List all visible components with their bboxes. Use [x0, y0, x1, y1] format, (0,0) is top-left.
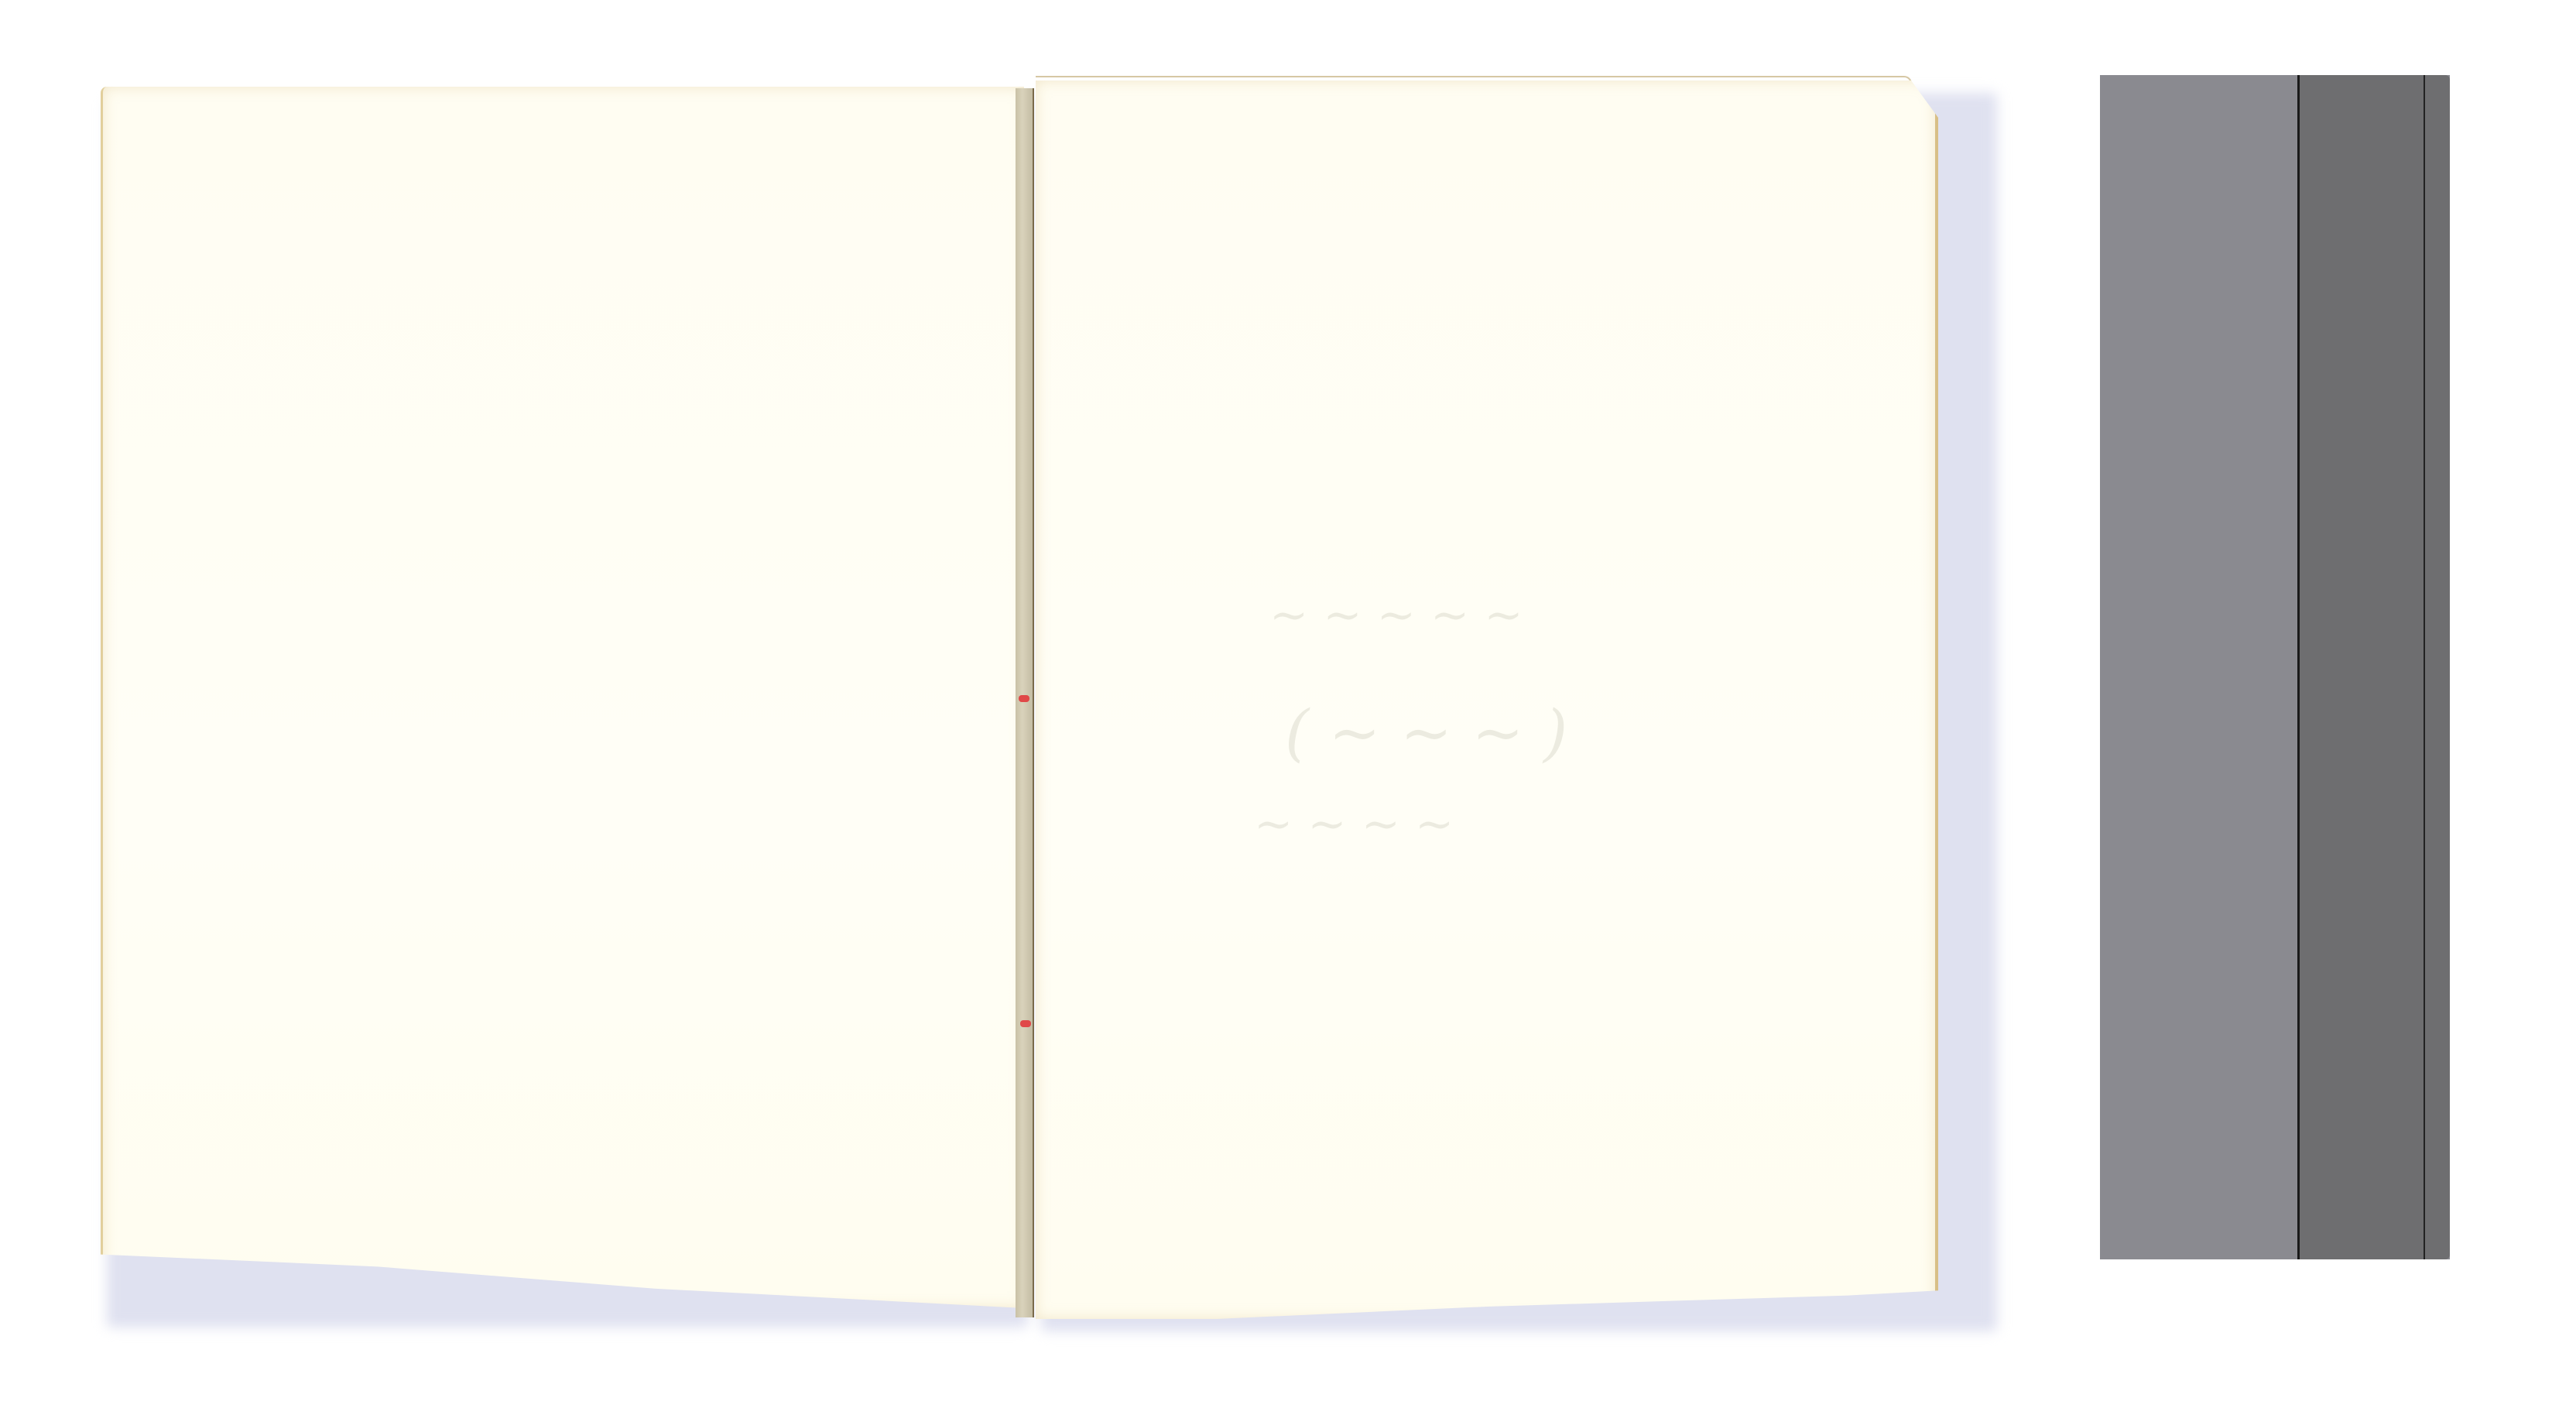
ink-bleed-through: ~ ~ ~ ~: [1254, 797, 1454, 851]
color-reference-card: [2100, 75, 2450, 1259]
binding-stitch: [1020, 1020, 1031, 1027]
left-page: [101, 87, 1024, 1308]
book-gutter: [1016, 88, 1034, 1317]
ruler-strip: [2297, 75, 2450, 1259]
ink-bleed-through: ( ~ ~ ~ ): [1285, 697, 1567, 769]
binding-stitch: [1019, 695, 1029, 702]
ruler-baseline: [2424, 75, 2425, 1259]
ink-bleed-through: ~ ~ ~ ~ ~: [1269, 588, 1523, 642]
